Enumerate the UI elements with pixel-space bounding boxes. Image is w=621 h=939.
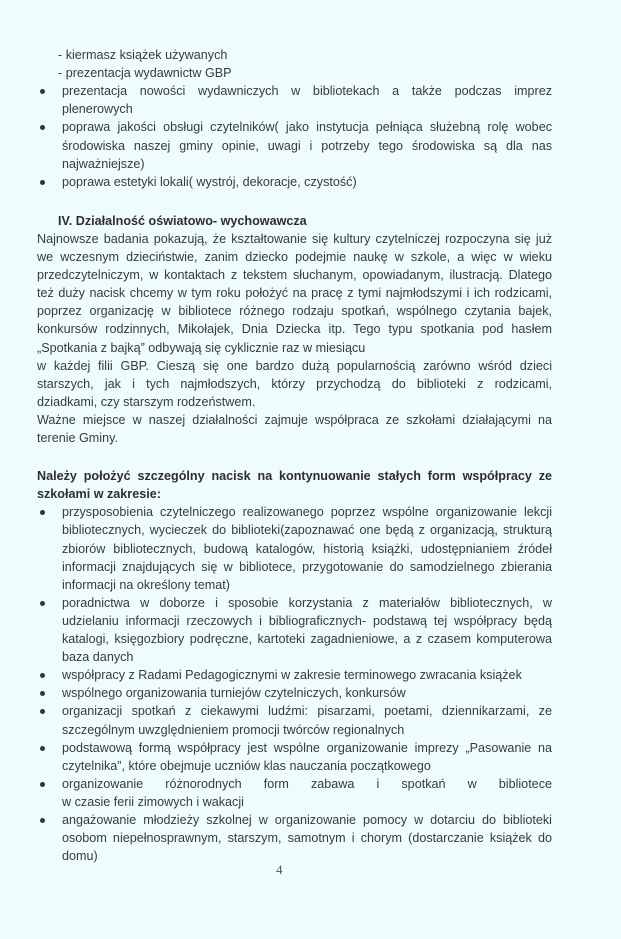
paragraph-line: terenie Gminy.: [37, 429, 118, 447]
bullet-icon: [40, 691, 45, 696]
bullet-item-line: czytelnika”, które obejmuje uczniów klas…: [62, 757, 431, 775]
bullet-item-line: informacji na określony temat): [62, 576, 230, 594]
bullet-item-line: podstawową formą współpracy jest wspólne…: [62, 739, 552, 757]
bullet-icon: [40, 673, 45, 678]
bullet-item-line: informacji znajdujących się w bibliotece…: [62, 558, 552, 576]
bullet-icon: [40, 125, 45, 130]
bold-intro-line: szkołami w zakresie:: [37, 485, 161, 503]
bullet-item-line: przysposobienia czytelniczego realizowan…: [62, 503, 552, 521]
bullet-icon: [40, 601, 45, 606]
bullet-item-line: poprawa jakości obsługi czytelników( jak…: [62, 118, 552, 136]
bullet-icon: [40, 709, 45, 714]
paragraph-line: przedczytelniczym, w kontaktach z tekste…: [37, 266, 552, 284]
page-number: 4: [276, 862, 283, 878]
sublist-item: - kiermasz książek używanych: [58, 46, 227, 64]
bullet-icon: [40, 782, 45, 787]
bullet-icon: [40, 818, 45, 823]
bullet-item-line: katalogi, księgozbiory podręczne, kartot…: [62, 630, 552, 648]
bullet-item-line: baza danych: [62, 648, 133, 666]
sublist-item: - prezentacja wydawnictw GBP: [58, 64, 232, 82]
bullet-icon: [40, 510, 45, 515]
bullet-item-line: angażowanie młodzieży szkolnej w organiz…: [62, 811, 552, 829]
bullet-item-line: najważniejsze): [62, 155, 145, 173]
paragraph-line: dziadkami, czy starszym rodzeństwem.: [37, 393, 255, 411]
bullet-item-line: szczególnym uwzględnieniem promocji twór…: [62, 721, 404, 739]
bullet-icon: [40, 89, 45, 94]
bullet-item-line: organizowanie różnorodnych form zabawa i…: [62, 775, 552, 793]
bullet-item-line: zbiorów bibliotecznych, budową katalogów…: [62, 540, 552, 558]
bullet-item-line: organizacji spotkań z ciekawymi ludźmi: …: [62, 702, 552, 720]
bullet-icon: [40, 746, 45, 751]
paragraph-line: poprzez organizację w bibliotece różnego…: [37, 302, 552, 320]
paragraph-line: Najnowsze badania pokazują, że kształtow…: [37, 230, 552, 248]
paragraph-line: konkursów rodzinnych, Mikołajek, Dnia Dz…: [37, 320, 552, 338]
bullet-item-line: plenerowych: [62, 100, 133, 118]
paragraph-line: w każdej filii GBP. Cieszą się one bardz…: [37, 357, 552, 375]
paragraph-line: „Spotkania z bajką” odbywają się cyklicz…: [37, 339, 365, 357]
paragraph-line: starszych, jak i tych najmłodszych, któr…: [37, 375, 552, 393]
bullet-icon: [40, 180, 45, 185]
bullet-item-line: współpracy z Radami Pedagogicznymi w zak…: [62, 666, 522, 684]
bullet-item-line: prezentacja nowości wydawniczych w bibli…: [62, 82, 552, 100]
bullet-item-line: osobom niepełnosprawnym, starszym, samot…: [62, 829, 552, 847]
bullet-item-line: wspólnego organizowania turniejów czytel…: [62, 684, 406, 702]
section-heading: IV. Działalność oświatowo- wychowawcza: [58, 212, 307, 230]
bullet-item-line: poradnictwa w doborze i sposobie korzyst…: [62, 594, 552, 612]
bold-intro-line: Należy położyć szczególny nacisk na kont…: [37, 467, 552, 485]
bullet-item-line: środowiska naszej gminy opinie, uwagi i …: [62, 137, 552, 155]
paragraph-line: też duży nacisk chcemy w tym roku położy…: [37, 284, 552, 302]
bullet-item-line: w czasie ferii zimowych i wakacji: [62, 793, 244, 811]
paragraph-line: Ważne miejsce w naszej działalności zajm…: [37, 411, 552, 429]
bullet-item-line: bibliotecznych, wycieczek do biblioteki(…: [62, 521, 552, 539]
document-page: - kiermasz książek używanych- prezentacj…: [0, 0, 621, 939]
paragraph-line: we wczesnym dzieciństwie, zanim dziecko …: [37, 248, 552, 266]
bullet-item-line: poprawa estetyki lokali( wystrój, dekora…: [62, 173, 357, 191]
bullet-item-line: udzielaniu informacji rzeczowych i bibli…: [62, 612, 552, 630]
bullet-item-line: domu): [62, 847, 98, 865]
